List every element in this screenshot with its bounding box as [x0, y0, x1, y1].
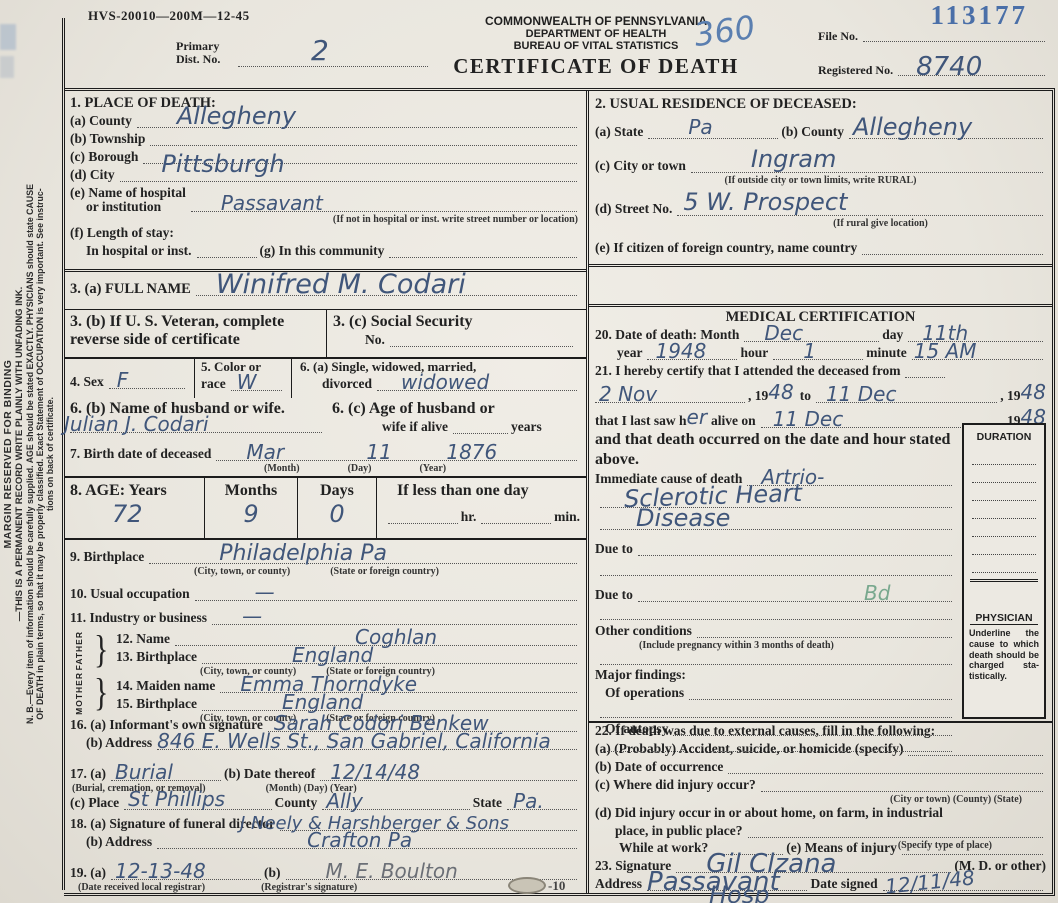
med-to-label: to: [800, 388, 811, 405]
sec22-c-note: (City or town) (County) (State): [890, 794, 1022, 805]
med-due2-line: Bd: [638, 586, 952, 602]
mother-brace: }: [94, 672, 110, 716]
med-due1-label: Due to: [595, 541, 633, 558]
birthplace-value: Philadelphia Pa: [219, 540, 387, 568]
sec22-b-line: [728, 758, 1043, 774]
duration-line: [972, 501, 1036, 519]
med-operations-label: Of operations: [605, 685, 684, 702]
registrar-date-value: 12-13-48: [115, 859, 206, 884]
med-to-line: 11 Dec: [816, 387, 997, 403]
informant-addr-line: 846 E. Wells St., San Gabriel, Californi…: [157, 734, 577, 750]
birthdate-label: 7. Birth date of deceased: [70, 446, 211, 463]
section-full-name: 3. (a) FULL NAME Winifred M. Codari: [64, 272, 586, 310]
duration-line: [972, 555, 1036, 573]
sec1-hospital-line: Passavant: [191, 196, 577, 212]
med-due2-label: Due to: [595, 587, 633, 604]
sec23-addr-value2: Hosp: [709, 881, 769, 903]
sec1-township-line: [150, 130, 577, 146]
spouse-age-label2: wife if alive: [382, 419, 448, 436]
med-year-value: 1948: [655, 339, 706, 364]
sec2-street-note: (If rural give location): [833, 218, 928, 229]
funeral-addr-label: (b) Address: [86, 834, 152, 851]
sec1-county-line: Allegheny: [137, 112, 577, 128]
margin-line4: OF DEATH in plain terms, so that it may …: [35, 20, 45, 888]
sec2-street-line: 5 W. Prospect: [677, 200, 1043, 216]
occupation-line: —: [195, 585, 577, 601]
section-signature: While at work? (e) Means of injury 23. S…: [589, 839, 1052, 893]
sec1-city-label: (d) City: [70, 167, 115, 184]
sec22-c-line: [761, 776, 1043, 792]
med-major-label: Major findings:: [595, 667, 686, 684]
birthplace-label: 9. Birthplace: [70, 549, 144, 566]
margin-line1: MARGIN RESERVED FOR BINDING: [2, 20, 14, 888]
spouse-age-suffix: years: [511, 419, 542, 436]
sec2-street-value: 5 W. Prospect: [683, 187, 847, 217]
file-no-line: [863, 26, 1045, 42]
sec2-citizen-line: [862, 239, 1043, 255]
sec2-county-label: (b) County: [781, 124, 844, 141]
fullname-label: 3. (a) FULL NAME: [70, 280, 191, 298]
section-informant: 16. (a) Informant's own signature Sarah …: [64, 716, 586, 765]
sec22-d-line: [748, 822, 1043, 838]
sec1-stay-label: (f) Length of stay:: [70, 225, 174, 242]
med-due2-note: Bd: [864, 581, 890, 606]
section-residence: 2. USUAL RESIDENCE OF DECEASED: (a) Stat…: [589, 91, 1052, 267]
sec1-stay-comm-line: [389, 242, 577, 258]
primary-label-2: Dist. No.: [176, 53, 220, 66]
sex-cell: 4. Sex F: [64, 359, 194, 398]
marital-line: widowed: [377, 375, 577, 391]
sec22-b-label: (b) Date of occurrence: [595, 759, 723, 776]
disposal-state-line: Pa.: [507, 794, 577, 810]
sec22-c-label: (c) Where did injury occur?: [595, 777, 756, 794]
mother-name-line: Emma Thorndyke: [220, 677, 577, 693]
med-cause-value3: Disease: [636, 503, 730, 533]
age-years-cell: 8. AGE: Years 72: [64, 478, 204, 538]
med-to-value: 11 Dec: [826, 382, 897, 407]
disposal-date-line: 12/14/48: [320, 765, 577, 781]
funeral-addr-value: Crafton Pa: [307, 828, 412, 853]
mother-name-label: 14. Maiden name: [116, 678, 215, 695]
parents-rail: FATHER MOTHER: [64, 630, 94, 716]
duration-lines: [964, 443, 1044, 573]
father-brace: }: [94, 629, 110, 673]
med-saw-value: 11 Dec: [773, 407, 844, 432]
disposal-type-value: Burial: [115, 760, 173, 785]
med-from-19: , 19: [748, 388, 768, 405]
binding-margin: MARGIN RESERVED FOR BINDING —THIS IS A P…: [2, 20, 60, 888]
registrar-sig-label: (b): [264, 865, 281, 882]
sec2-citizen-label: (e) If citizen of foreign country, name …: [595, 240, 857, 257]
med-year-line: 1948: [647, 344, 737, 360]
registered-value: 8740: [916, 51, 982, 84]
fullname-line: Winifred M. Codari: [196, 280, 577, 296]
med-other-line2: [600, 649, 952, 665]
med-year-label: year: [617, 345, 642, 362]
med-minute-value: 15 AM: [914, 339, 977, 364]
occupation-value: —: [255, 580, 275, 605]
spouse-value: Julian J. Codari: [64, 412, 209, 436]
disposal-type-label: 17. (a): [70, 766, 106, 783]
spouse-age-cell: 6. (c) Age of husband or wife if alive y…: [326, 398, 586, 443]
mother-birth-label: 15. Birthplace: [116, 696, 197, 713]
duration-title: DURATION: [964, 425, 1044, 443]
med-cause-line3: Disease: [600, 514, 952, 530]
disposal-place-value: St Phillips: [128, 787, 225, 812]
sec22-d-label1: (d) Did injury occur in or about home, o…: [595, 805, 943, 822]
registered-label: Registered No.: [818, 63, 893, 78]
med-other-line0: [600, 604, 952, 620]
father-birth-value: England: [292, 643, 373, 668]
birth-day-value: 11: [366, 440, 391, 465]
race-value: W: [237, 370, 257, 395]
sec1-borough-label: (c) Borough: [70, 149, 138, 166]
sec1-hospital-label1: (e) Name of hospital: [70, 185, 186, 200]
age-days-cell: Days 0: [297, 478, 376, 538]
spouse-age-line: [453, 418, 508, 434]
form-number: HVS-20010—200M—12-45: [88, 8, 250, 24]
disposal-state-label: State: [473, 795, 502, 812]
med-to-year: 48: [1021, 380, 1046, 405]
sec23-addr-label: Address: [595, 876, 642, 893]
sec1-borough-line: Pittsburgh: [143, 148, 577, 164]
section-place-of-death: 1. PLACE OF DEATH: (a) County Allegheny …: [64, 91, 586, 272]
sec1-stay-comm-label: (g) In this community: [260, 243, 385, 260]
file-no-row: File No.: [818, 26, 1048, 44]
sec2-county-line: Allegheny: [849, 123, 1043, 139]
birthdate-line: Mar 11 1876: [216, 445, 577, 461]
duration-line: [972, 519, 1036, 537]
med-autopsy-line: [673, 720, 952, 736]
med-from-line: 2 Nov: [595, 387, 745, 403]
birthplace-note2: (State or foreign country): [330, 566, 439, 577]
sec22-d-label2: place, in public place?: [615, 823, 743, 840]
footer-stamp-text: -10: [548, 878, 565, 894]
months-label: Months: [205, 478, 297, 500]
birth-month-value: Mar: [246, 440, 284, 465]
med-hour-value: 1: [803, 339, 816, 364]
race-label2: race: [201, 376, 226, 393]
med-due1-line: [638, 540, 952, 556]
primary-dist-value: 2: [311, 34, 329, 67]
sec1-county-value: Allegheny: [177, 101, 296, 131]
med-from-value: 2 Nov: [599, 382, 657, 407]
footer-seal: -10: [508, 877, 565, 894]
section-veteran-ssn: 3. (b) If U. S. Veteran, complete revers…: [64, 310, 586, 359]
med-day-label: day: [882, 327, 903, 344]
form-body: 1. PLACE OF DEATH: (a) County Allegheny …: [64, 88, 1055, 896]
sec2-state-value: Pa: [688, 115, 712, 140]
med-other-label: Other conditions: [595, 623, 692, 640]
margin-line5: tions on back of certificate.: [45, 20, 55, 888]
spouse-age-label1: 6. (c) Age of husband or: [326, 398, 586, 418]
med-occurred-text: and that death occurred on the date and …: [589, 430, 965, 470]
section-medical: MEDICAL CERTIFICATION 20. Date of death:…: [589, 307, 1052, 721]
sec2-state-line: Pa: [648, 123, 778, 139]
age-months-value: 9: [205, 500, 297, 528]
father-name-label: 12. Name: [116, 631, 170, 648]
mother-birth-line: England: [202, 695, 577, 711]
med-saw-her: er: [687, 405, 708, 430]
sec22-a-line: [908, 740, 1043, 756]
med-certify-label: 21. I hereby certify that I attended the…: [595, 363, 900, 380]
informant-addr-label: (b) Address: [86, 735, 152, 752]
disposal-date-label: (b) Date thereof: [224, 766, 315, 783]
sex-label: 4. Sex: [70, 374, 104, 391]
disposal-place-label: (c) Place: [70, 795, 119, 812]
duration-physician-box: DURATION PHYSICIAN Underline the cause t…: [962, 423, 1046, 719]
sex-line: F: [109, 373, 185, 389]
med-month-value: Dec: [764, 321, 803, 346]
father-birth-line: England: [202, 648, 577, 664]
section-funeral: 18. (a) Signature of funeral director J …: [64, 815, 586, 864]
registered-line: 8740: [898, 60, 1045, 76]
birthplace-line: Philadelphia Pa: [149, 548, 577, 564]
sec2-county-value: Allegheny: [853, 112, 972, 142]
marital-label2: divorced: [322, 376, 372, 393]
sec1-hospital-label: (e) Name of hospitalor institution: [70, 186, 186, 214]
duration-line: [972, 447, 1036, 465]
age-days-value: 0: [298, 500, 376, 528]
sec1-hospital-label2: or institution: [86, 199, 161, 214]
med-other-line: [697, 622, 952, 638]
med-due1-line2: [600, 560, 952, 576]
ssn-line: [390, 331, 573, 347]
industry-line: —: [212, 609, 577, 625]
parents-fields: 12. Name Coghlan 13. Birthplace England …: [110, 630, 586, 716]
means-line: [902, 839, 1043, 855]
age-less-cell: If less than one day hr. min.: [376, 478, 586, 538]
med-saw-prefix: that I last saw h: [595, 413, 687, 430]
physician-note: Underline the cause to which death shoul…: [964, 625, 1044, 685]
physician-title: PHYSICIAN: [970, 612, 1038, 625]
race-line: W: [231, 375, 282, 391]
section-spouse: 6. (b) Name of husband or wife. Julian J…: [64, 398, 586, 443]
sec2-title: 2. USUAL RESIDENCE OF DECEASED:: [595, 95, 857, 113]
sec1-city-line: [120, 166, 577, 182]
informant-addr-value: 846 E. Wells St., San Gabriel, Californi…: [157, 729, 551, 754]
certificate-title: CERTIFICATE OF DEATH: [396, 54, 796, 79]
disposal-type-line: Burial: [111, 765, 221, 781]
section-birthdate: 7. Birth date of deceased Mar 11 1876 (M…: [64, 443, 586, 478]
father-label: FATHER: [74, 631, 84, 670]
sec1-hospital-note: (If not in hospital or inst. write stree…: [333, 214, 578, 225]
med-autopsy-line2: [600, 736, 952, 752]
industry-label: 11. Industry or business: [70, 610, 207, 627]
section-birthplace: 9. Birthplace Philadelphia Pa (City, tow…: [64, 540, 586, 585]
min-label: min.: [554, 509, 580, 526]
ssn-label1: 3. (c) Social Security: [333, 313, 473, 330]
file-no-label: File No.: [818, 29, 858, 44]
med-certify-line: [905, 362, 945, 378]
disposal-county-line: Ally: [322, 794, 469, 810]
duration-divider: [970, 579, 1038, 582]
med-hour-label: hour: [740, 345, 768, 362]
duration-line: [972, 483, 1036, 501]
left-column: 1. PLACE OF DEATH: (a) County Allegheny …: [64, 91, 586, 893]
disposal-date-value: 12/14/48: [330, 760, 420, 785]
less-label: If less than one day: [377, 478, 586, 500]
right-column: 2. USUAL RESIDENCE OF DECEASED: (a) Stat…: [586, 91, 1052, 893]
age-months-cell: Months 9: [204, 478, 297, 538]
section-age: 8. AGE: Years 72 Months 9 Days 0 If less…: [64, 478, 586, 540]
occupation-label: 10. Usual occupation: [70, 586, 190, 603]
medical-title: MEDICAL CERTIFICATION: [589, 309, 1052, 326]
days-label: Days: [298, 478, 376, 500]
mother-label: MOTHER: [74, 672, 84, 715]
med-minute-label: minute: [866, 345, 907, 362]
parents-braces: } }: [94, 630, 110, 716]
sec2-city-line: Ingram: [691, 157, 1043, 173]
death-certificate-scan: MARGIN RESERVED FOR BINDING —THIS IS A P…: [0, 0, 1058, 903]
section-industry: 11. Industry or business —: [64, 609, 586, 630]
birthplace-note1: (City, town, or county): [194, 566, 290, 577]
veteran-label: 3. (b) If U. S. Veteran, complete revers…: [64, 310, 326, 357]
sec1-hospital-value: Passavant: [221, 191, 323, 216]
spouse-name-cell: 6. (b) Name of husband or wife. Julian J…: [64, 398, 326, 443]
hr-label: hr.: [461, 509, 477, 526]
registrar-date-label: 19. (a): [70, 865, 106, 882]
father-birth-label: 13. Birthplace: [116, 649, 197, 666]
funeral-addr-line: Crafton Pa: [157, 833, 577, 849]
birth-year-value: 1876: [446, 440, 497, 465]
age-years-value: 72: [64, 500, 204, 528]
min-line: [481, 508, 551, 524]
primary-dist-label: Primary Dist. No.: [176, 40, 220, 66]
sec2-street-label: (d) Street No.: [595, 201, 672, 218]
sec1-county-label: (a) County: [70, 113, 132, 130]
fullname-value: Winifred M. Codari: [216, 268, 466, 302]
duration-line: [972, 537, 1036, 555]
section-sex-race-marital: 4. Sex F 5. Color or race W 6. (a) Singl…: [64, 359, 586, 398]
hr-line: [388, 508, 458, 524]
med-saw-alive: alive on: [711, 413, 756, 430]
sec1-stay-hosp-label: In hospital or inst.: [86, 243, 192, 260]
section-parents: FATHER MOTHER } } 12. Name Coghlan 13. B…: [64, 630, 586, 716]
work-label: While at work?: [619, 840, 708, 857]
section-disposal: 17. (a) Burial (b) Date thereof 12/14/48…: [64, 765, 586, 816]
name-spill-gap: [589, 267, 1052, 307]
disposal-county-label: County: [275, 795, 318, 812]
margin-line3: N. B.—Every item of information should b…: [25, 20, 35, 888]
race-cell: 5. Color or race W: [194, 359, 291, 398]
med-minute-line: 15 AM: [912, 344, 1043, 360]
med-hour-line: 1: [773, 344, 863, 360]
registrar-date-line: 12-13-48: [111, 864, 261, 880]
med-operations-line: [689, 684, 952, 700]
disposal-county-value: Ally: [326, 789, 363, 814]
sex-value: F: [117, 368, 129, 393]
note-year: (Year): [419, 463, 446, 474]
marital-value: widowed: [401, 370, 489, 395]
ssn-cell: 3. (c) Social Security No.: [326, 310, 586, 357]
industry-value: —: [242, 604, 262, 629]
sec1-stay-hosp-line: [197, 242, 257, 258]
disposal-place-line: St Phillips: [124, 794, 271, 810]
marital-cell: 6. (a) Single, widowed, married, divorce…: [291, 359, 586, 398]
form-header: HVS-20010—200M—12-45 Primary Dist. No. 2…: [66, 0, 1056, 88]
age-label: 8. AGE: Years: [64, 478, 204, 500]
disposal-state-value: Pa.: [513, 789, 544, 814]
margin-line2: —THIS IS A PERMANENT RECORD WRITE PLAINL…: [14, 20, 25, 888]
registered-row: Registered No. 8740: [818, 60, 1048, 78]
med-operations-line2: [600, 702, 952, 718]
ssn-label2: No.: [365, 332, 385, 349]
sec2-city-value: Ingram: [751, 144, 836, 174]
section-occupation: 10. Usual occupation —: [64, 585, 586, 608]
sec23-date-line: 12/11/48: [883, 875, 1043, 891]
father-name-line: Coghlan: [175, 630, 577, 646]
sec1-township-label: (b) Township: [70, 131, 145, 148]
seal-ellipse-icon: [508, 877, 546, 894]
registrar-sig-value: M. E. Boulton: [326, 859, 458, 884]
sec2-city-label: (c) City or town: [595, 158, 686, 175]
med-to-19: , 19: [1000, 388, 1020, 405]
sec2-state-label: (a) State: [595, 124, 643, 141]
med-from-year: 48: [768, 380, 793, 405]
sec2-city-note: (If outside city or town limits, write R…: [724, 175, 916, 186]
duration-line: [972, 465, 1036, 483]
